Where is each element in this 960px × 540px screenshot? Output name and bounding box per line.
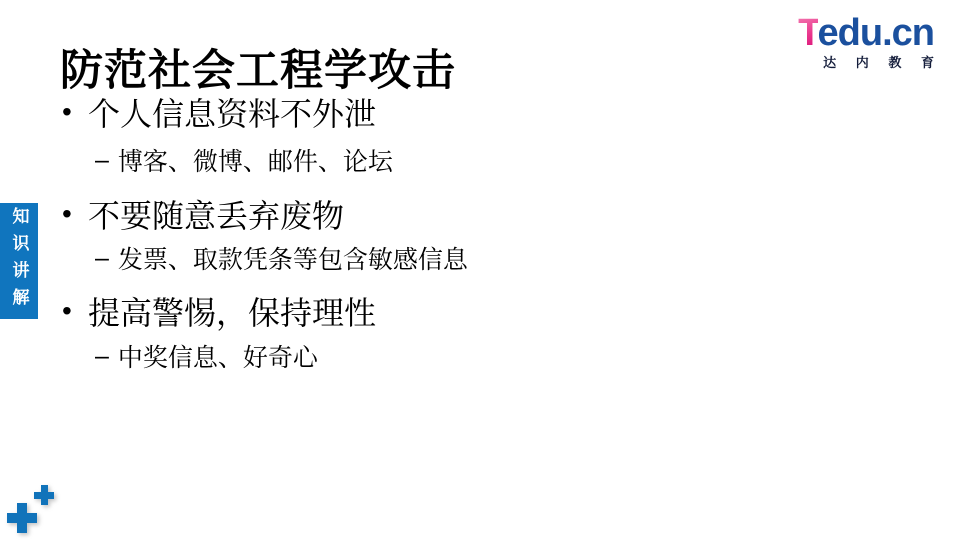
sub-item-3: – 中奖信息、好奇心 [95,339,318,373]
sub-item-1: – 博客、微博、邮件、论坛 [95,143,393,177]
logo-tagline: 达 内 教 育 [798,56,942,69]
knowledge-section-tab: 知识讲解 [0,203,38,319]
logo-wordmark: Tedu.cn [798,14,934,52]
tedu-logo: Tedu.cn 达 内 教 育 [798,14,934,69]
dash-marker-icon: – [95,344,109,369]
sub-item-2-text: 发票、取款凭条等包含敏感信息 [118,240,468,276]
sub-item-3-text: 中奖信息、好奇心 [118,338,318,374]
bullet-item-1-text: 个人信息资料不外泄 [88,89,376,135]
plus-icon-small [34,485,54,505]
bullet-item-2-text: 不要随意丢弃废物 [88,191,344,237]
dash-marker-icon: – [95,148,109,173]
bullet-item-2: • 不要随意丢弃废物 [62,192,344,236]
bullet-dot-icon: • [62,297,88,325]
logo-domain-text: edu.cn [818,12,934,54]
plus-icon-large [7,503,37,533]
bullet-dot-icon: • [62,200,88,228]
dash-marker-icon: – [95,246,109,271]
sub-item-2: – 发票、取款凭条等包含敏感信息 [95,241,468,275]
bullet-item-3: • 提高警惕，保持理性 [62,289,376,333]
bullet-item-1: • 个人信息资料不外泄 [62,90,376,134]
logo-letter-t: T [798,12,817,54]
slide: 防范社会工程学攻击 Tedu.cn 达 内 教 育 知识讲解 • 个人信息资料不… [0,0,960,540]
knowledge-section-tab-label: 知识讲解 [11,207,28,315]
bullet-dot-icon: • [62,98,88,126]
plus-decoration [0,480,70,540]
sub-item-1-text: 博客、微博、邮件、论坛 [118,142,393,178]
bullet-item-3-text: 提高警惕，保持理性 [88,288,376,334]
